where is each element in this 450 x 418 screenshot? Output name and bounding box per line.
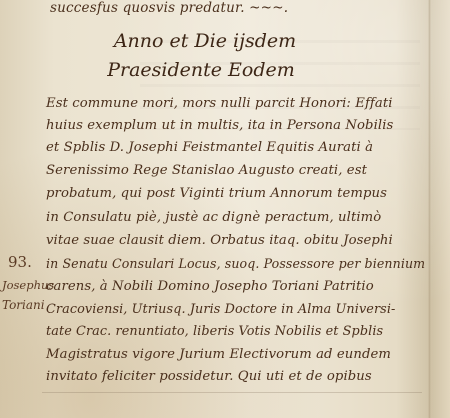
body-line: probatum, qui post Viginti trium Annorum… — [46, 186, 387, 201]
body-line: huius exemplum ut in multis, ita in Pers… — [46, 118, 393, 133]
body-line: vitae suae clausit diem. Orbatus itaq. o… — [46, 233, 393, 248]
margin-entry-number: 93. — [8, 253, 32, 271]
body-line: Magistratus vigore Jurium Electivorum ad… — [46, 347, 391, 362]
body-line: et Spblis D. Josephi Feistmantel Equitis… — [46, 140, 373, 155]
body-line: tate Crac. renuntiato, liberis Votis Nob… — [46, 324, 383, 339]
bleed-through-text — [140, 40, 420, 130]
margin-name-first: Josephus — [2, 278, 54, 292]
body-line: invitato feliciter possidetur. Qui uti e… — [46, 369, 372, 384]
margin-name-last: Toriani — [2, 298, 45, 312]
body-line: Est commune mori, mors nulli parcit Hono… — [46, 96, 393, 111]
manuscript-page: succesfus quosvis predatur. ~~~. Anno et… — [0, 0, 450, 418]
ruled-line — [42, 392, 422, 393]
entry-heading-line-1: Anno et Die ijsdem — [0, 30, 420, 52]
body-line: in Consulatu piè, justè ac dignè peractu… — [46, 210, 381, 225]
previous-entry-ending: succesfus quosvis predatur. ~~~. — [50, 0, 288, 16]
body-line: Serenissimo Rege Stanislao Augusto creat… — [46, 163, 367, 178]
body-line: in Senatu Consulari Locus, suoq. Possess… — [46, 256, 425, 271]
body-line: carens, à Nobili Domino Josepho Toriani … — [46, 279, 374, 294]
page-fold-shadow — [428, 0, 431, 418]
entry-heading-line-2: Praesidente Eodem — [0, 59, 416, 81]
body-line: Cracoviensi, Utriusq. Juris Doctore in A… — [46, 302, 395, 317]
